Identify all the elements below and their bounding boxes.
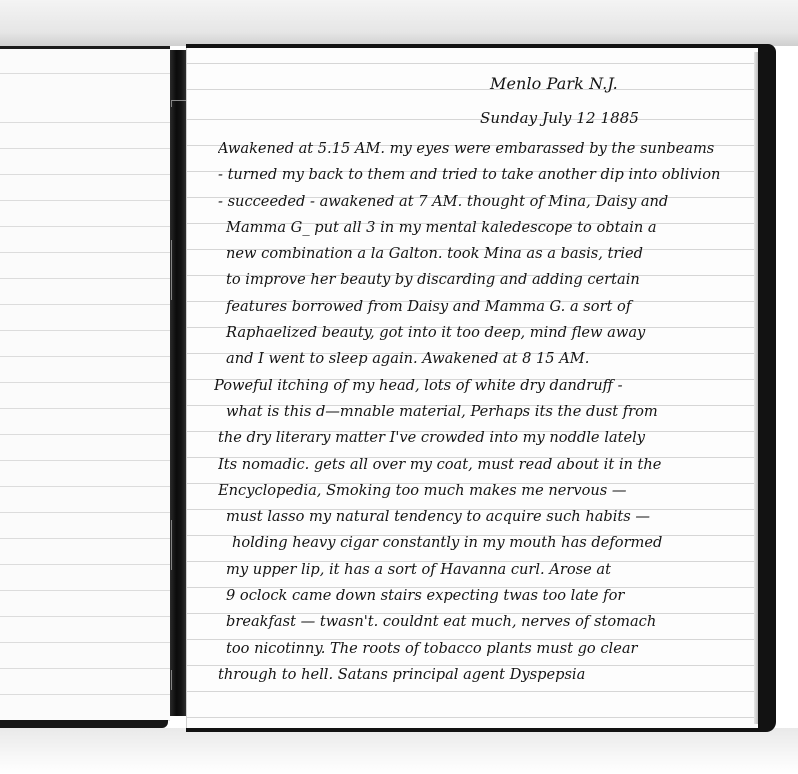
diary-entry-text: Awakened at 5.15 AM. my eyes were embara… (218, 136, 748, 688)
text-line: holding heavy cigar constantly in my mou… (218, 530, 748, 556)
text-line: to improve her beauty by discarding and … (218, 267, 748, 293)
entry-date: Sunday July 12 1885 (480, 109, 639, 127)
text-line: what is this d—mnable material, Perhaps … (218, 399, 748, 425)
background-bottom-shadow (0, 728, 798, 774)
binding-stitch (171, 670, 187, 690)
text-line: Encyclopedia, Smoking too much makes me … (218, 478, 748, 504)
page-edge (754, 52, 758, 724)
notebook-spine (170, 50, 186, 716)
text-line: Mamma G_ put all 3 in my mental kaledesc… (218, 215, 748, 241)
text-line: must lasso my natural tendency to acquir… (218, 504, 748, 530)
left-cover-edge (0, 720, 168, 728)
background-top-shadow (0, 0, 798, 46)
text-line: new combination a la Galton. took Mina a… (218, 241, 748, 267)
text-line: features borrowed from Daisy and Mamma G… (218, 294, 748, 320)
text-line: Poweful itching of my head, lots of whit… (214, 373, 748, 399)
text-line: my upper lip, it has a sort of Havanna c… (218, 557, 748, 583)
text-line: - succeeded - awakened at 7 AM. thought … (218, 189, 748, 215)
text-line: too nicotinny. The roots of tobacco plan… (218, 636, 748, 662)
text-line: 9 oclock came down stairs expecting twas… (218, 583, 748, 609)
binding-stitch (171, 520, 187, 570)
text-line: Awakened at 5.15 AM. my eyes were embara… (218, 136, 748, 162)
binding-stitch (171, 100, 187, 107)
text-line: the dry literary matter I've crowded int… (218, 425, 748, 451)
text-line: through to hell. Satans principal agent … (218, 662, 748, 688)
text-line: Raphaelized beauty, got into it too deep… (218, 320, 748, 346)
text-line: and I went to sleep again. Awakened at 8… (218, 346, 748, 372)
entry-place: Menlo Park N.J. (490, 74, 618, 93)
left-page-blank (0, 46, 170, 722)
text-line: breakfast — twasn't. couldnt eat much, n… (218, 609, 748, 635)
text-line: - turned my back to them and tried to ta… (218, 162, 748, 188)
text-line: Its nomadic. gets all over my coat, must… (218, 452, 748, 478)
binding-stitch (171, 240, 187, 300)
